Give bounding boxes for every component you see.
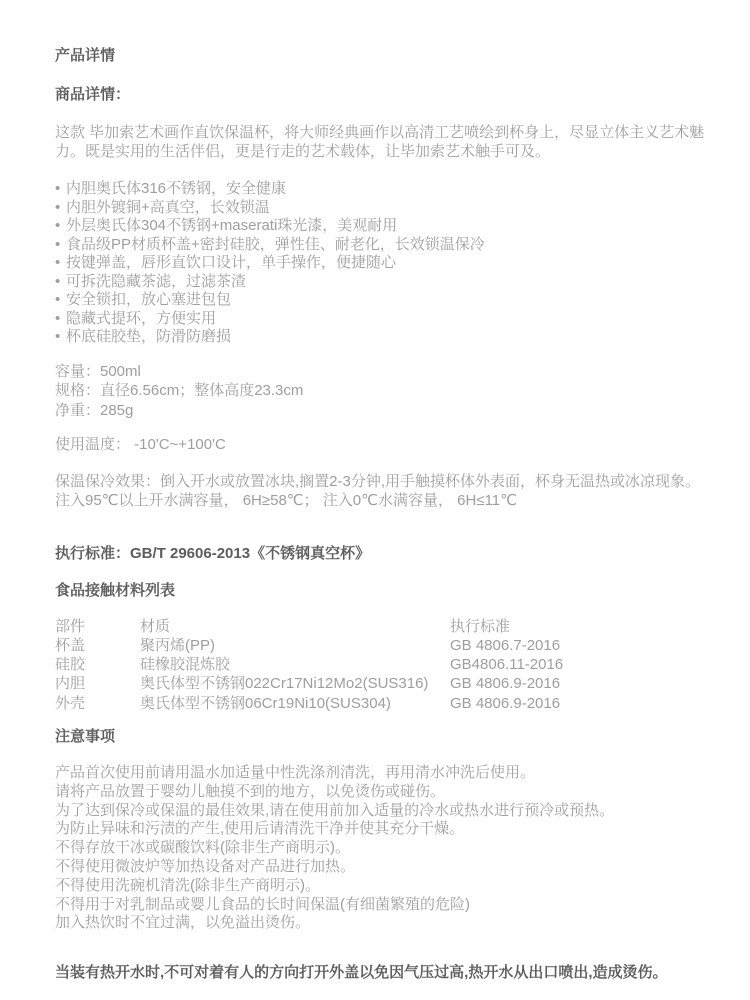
temperature-range: 使用温度： -10'C~+100'C <box>55 435 705 455</box>
bullet-icon: • <box>55 217 66 236</box>
cell-material: 硅橡胶混炼胶 <box>140 655 450 674</box>
notice-item: 不得用于对乳制品或婴儿食品的长时间保温(有细菌繁殖的危险) <box>55 896 705 915</box>
feature-item: •可拆洗隐藏茶滤，过滤茶渣 <box>55 273 705 292</box>
page-title: 产品详情 <box>55 46 705 65</box>
feature-item: •安全锁扣，放心塞进包包 <box>55 291 705 310</box>
feature-item: •隐藏式提环，方便实用 <box>55 310 705 329</box>
notice-item: 加入热饮时不宜过满，以免溢出烫伤。 <box>55 914 705 933</box>
spec-size: 规格：直径6.56cm；整体高度23.3cm <box>55 381 705 401</box>
feature-text: 按键弹盖，唇形直饮口设计，单手操作，便捷随心 <box>66 254 396 273</box>
cell-material: 奥氏体型不锈钢022Cr17Ni12Mo2(SUS316) <box>140 674 450 693</box>
materials-table-header: 部件 材质 执行标准 <box>55 617 705 636</box>
notices-title: 注意事项 <box>55 727 705 746</box>
cell-standard: GB 4806.9-2016 <box>450 674 705 693</box>
notice-item: 为防止异味和污渍的产生,使用后请清洗干净并使其充分干燥。 <box>55 820 705 839</box>
feature-text: 内胆外镀铜+高真空，长效锁温 <box>66 199 270 218</box>
insulation-line-1: 保温保冷效果：倒入开水或放置冰块,搁置2-3分钟,用手触摸杯体外表面，杯身无温热… <box>55 472 705 491</box>
bullet-icon: • <box>55 328 66 347</box>
notice-list: 产品首次使用前请用温水加适量中性洗涤剂清洗，再用清水冲洗后使用。 请将产品放置于… <box>55 764 705 933</box>
bullet-icon: • <box>55 254 66 273</box>
feature-item: •内胆外镀铜+高真空，长效锁温 <box>55 199 705 218</box>
table-row: 杯盖 聚丙烯(PP) GB 4806.7-2016 <box>55 636 705 655</box>
execution-standard: 执行标准：GB/T 29606-2013《不锈钢真空杯》 <box>55 544 705 563</box>
intro-paragraph: 这款 毕加索艺术画作直饮保温杯，将大师经典画作以高清工艺喷绘到杯身上，尽显立体主… <box>55 123 705 161</box>
feature-item: •外层奥氏体304不锈钢+maserati珠光漆，美观耐用 <box>55 217 705 236</box>
bullet-icon: • <box>55 310 66 329</box>
header-part: 部件 <box>55 617 140 636</box>
feature-text: 食品级PP材质杯盖+密封硅胶，弹性佳、耐老化，长效锁温保冷 <box>66 236 485 255</box>
feature-item: •内胆奥氏体316不锈钢，安全健康 <box>55 180 705 199</box>
feature-item: •食品级PP材质杯盖+密封硅胶，弹性佳、耐老化，长效锁温保冷 <box>55 236 705 255</box>
cell-material: 聚丙烯(PP) <box>140 636 450 655</box>
feature-list: •内胆奥氏体316不锈钢，安全健康 •内胆外镀铜+高真空，长效锁温 •外层奥氏体… <box>55 180 705 347</box>
notice-item: 请将产品放置于婴幼儿触摸不到的地方，以免烫伤或碰伤。 <box>55 783 705 802</box>
feature-item: •杯底硅胶垫，防滑防磨损 <box>55 328 705 347</box>
notice-item: 产品首次使用前请用温水加适量中性洗涤剂清洗，再用清水冲洗后使用。 <box>55 764 705 783</box>
bullet-icon: • <box>55 236 66 255</box>
cell-material: 奥氏体型不锈钢06Cr19Ni10(SUS304) <box>140 694 450 713</box>
spec-weight: 净重：285g <box>55 401 705 421</box>
table-row: 外壳 奥氏体型不锈钢06Cr19Ni10(SUS304) GB 4806.9-2… <box>55 694 705 713</box>
table-row: 硅胶 硅橡胶混炼胶 GB4806.11-2016 <box>55 655 705 674</box>
bullet-icon: • <box>55 180 66 199</box>
table-row: 内胆 奥氏体型不锈钢022Cr17Ni12Mo2(SUS316) GB 4806… <box>55 674 705 693</box>
header-standard: 执行标准 <box>450 617 705 636</box>
cell-part: 内胆 <box>55 674 140 693</box>
cell-standard: GB 4806.7-2016 <box>450 636 705 655</box>
materials-table: 部件 材质 执行标准 杯盖 聚丙烯(PP) GB 4806.7-2016 硅胶 … <box>55 617 705 713</box>
feature-text: 安全锁扣，放心塞进包包 <box>66 291 231 310</box>
bullet-icon: • <box>55 199 66 218</box>
bullet-icon: • <box>55 291 66 310</box>
spec-list: 容量：500ml 规格：直径6.56cm；整体高度23.3cm 净重：285g <box>55 362 705 421</box>
header-material: 材质 <box>140 617 450 636</box>
feature-text: 隐藏式提环，方便实用 <box>66 310 216 329</box>
spec-capacity: 容量：500ml <box>55 362 705 382</box>
materials-list-title: 食品接触材料列表 <box>55 581 705 600</box>
feature-text: 可拆洗隐藏茶滤，过滤茶渣 <box>66 273 246 292</box>
bullet-icon: • <box>55 273 66 292</box>
feature-text: 外层奥氏体304不锈钢+maserati珠光漆，美观耐用 <box>66 217 397 236</box>
feature-text: 内胆奥氏体316不锈钢，安全健康 <box>66 180 286 199</box>
notice-item: 不得使用微波炉等加热设备对产品进行加热。 <box>55 858 705 877</box>
feature-text: 杯底硅胶垫，防滑防磨损 <box>66 328 231 347</box>
insulation-info: 保温保冷效果：倒入开水或放置冰块,搁置2-3分钟,用手触摸杯体外表面，杯身无温热… <box>55 472 705 510</box>
cell-part: 外壳 <box>55 694 140 713</box>
section-title-product-detail: 商品详情： <box>55 85 705 104</box>
cell-standard: GB4806.11-2016 <box>450 655 705 674</box>
cell-part: 杯盖 <box>55 636 140 655</box>
feature-item: •按键弹盖，唇形直饮口设计，单手操作，便捷随心 <box>55 254 705 273</box>
insulation-line-2: 注入95℃以上开水满容量， 6H≥58℃； 注入0℃水满容量， 6H≤11℃ <box>55 491 705 510</box>
notice-item: 不得存放干冰或碳酸饮料(除非生产商明示)。 <box>55 839 705 858</box>
notice-item: 为了达到保冷或保温的最佳效果,请在使用前加入适量的冷水或热水进行预冷或预热。 <box>55 802 705 821</box>
cell-part: 硅胶 <box>55 655 140 674</box>
notice-item: 不得使用洗碗机清洗(除非生产商明示)。 <box>55 877 705 896</box>
cell-standard: GB 4806.9-2016 <box>450 694 705 713</box>
product-detail-page: 产品详情 商品详情： 这款 毕加索艺术画作直饮保温杯，将大师经典画作以高清工艺喷… <box>0 0 750 1000</box>
hot-water-warning: 当装有热开水时,不可对着有人的方向打开外盖以免因气压过高,热开水从出口喷出,造成… <box>55 963 705 982</box>
